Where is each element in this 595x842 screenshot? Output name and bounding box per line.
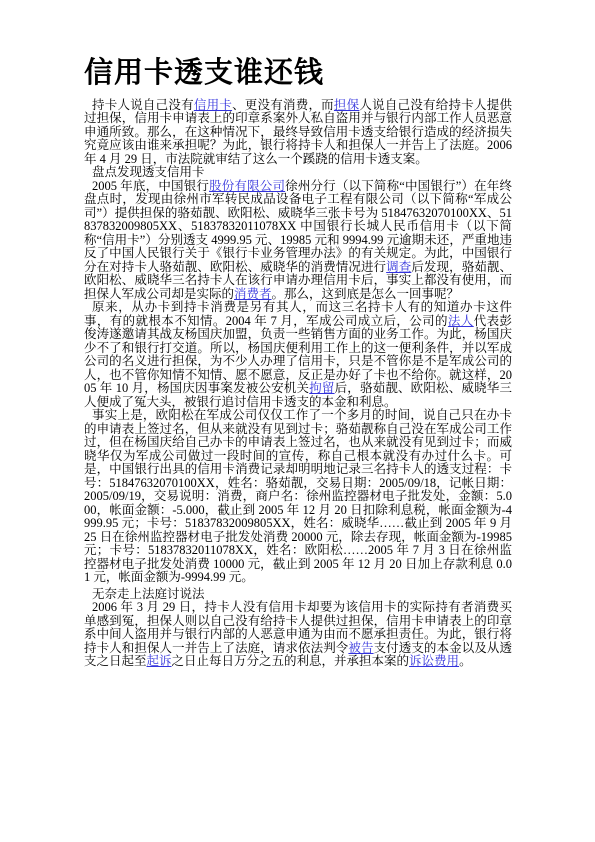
inline-link[interactable]: 拘留: [309, 381, 334, 395]
text-run: 2005 年底，中国银行: [92, 179, 209, 193]
paragraph: 事实上是，欧阳松在军成公司仅仅工作了一个多月的时间，说自己只在办卡的申请表上签过…: [84, 409, 512, 585]
text-run: 之日止每日万分之五的利息，并承担本案的: [172, 654, 410, 668]
inline-link[interactable]: 起诉: [147, 654, 172, 668]
text-run: 事实上是，欧阳松在军成公司仅仅工作了一个多月的时间，说自己只在办卡的申请表上签过…: [84, 408, 512, 584]
text-run: 、更没有消费，而: [232, 98, 334, 112]
paragraph: 2006 年 3 月 29 日，持卡人没有信用卡却要为该信用卡的实际持有者消费买…: [84, 601, 512, 669]
inline-link[interactable]: 法人: [448, 314, 474, 328]
paragraph: 持卡人说自己没有信用卡、更没有消费，而担保人说自己没有给持卡人提供过担保，信用卡…: [84, 99, 512, 167]
article: 信用卡透支谁还钱 持卡人说自己没有信用卡、更没有消费，而担保人说自己没有给持卡人…: [84, 58, 512, 669]
text-run: 。那么，这到底是怎么一回事呢？: [272, 287, 460, 301]
inline-link[interactable]: 信用卡: [194, 98, 232, 112]
inline-link[interactable]: 被告: [348, 641, 373, 655]
paragraph: 2005 年底，中国银行股份有限公司徐州分行（以下简称“中国银行”）在年终盘点时…: [84, 180, 512, 302]
text-run: 盘点发现透支信用卡: [92, 165, 205, 179]
inline-link[interactable]: 诉讼费用: [409, 654, 459, 668]
text-run: 。: [459, 654, 472, 668]
inline-link[interactable]: 担保: [334, 98, 359, 112]
document-page: 信用卡透支谁还钱 持卡人说自己没有信用卡、更没有消费，而担保人说自己没有给持卡人…: [0, 0, 595, 842]
text-run: 持卡人说自己没有: [92, 98, 194, 112]
inline-link[interactable]: 股份有限公司: [209, 179, 285, 193]
inline-link[interactable]: 调查: [386, 260, 411, 274]
inline-link[interactable]: 消费者: [234, 287, 272, 301]
paragraph: 原来，从办卡到持卡消费是另有其人，而这三名持卡人有的知道办卡这件事，有的就根本不…: [84, 301, 512, 409]
section-heading: 盘点发现透支信用卡: [84, 166, 512, 180]
article-title: 信用卡透支谁还钱: [84, 58, 512, 90]
text-run: 无奈走上法庭讨说法: [92, 587, 205, 601]
article-body: 持卡人说自己没有信用卡、更没有消费，而担保人说自己没有给持卡人提供过担保，信用卡…: [84, 99, 512, 669]
